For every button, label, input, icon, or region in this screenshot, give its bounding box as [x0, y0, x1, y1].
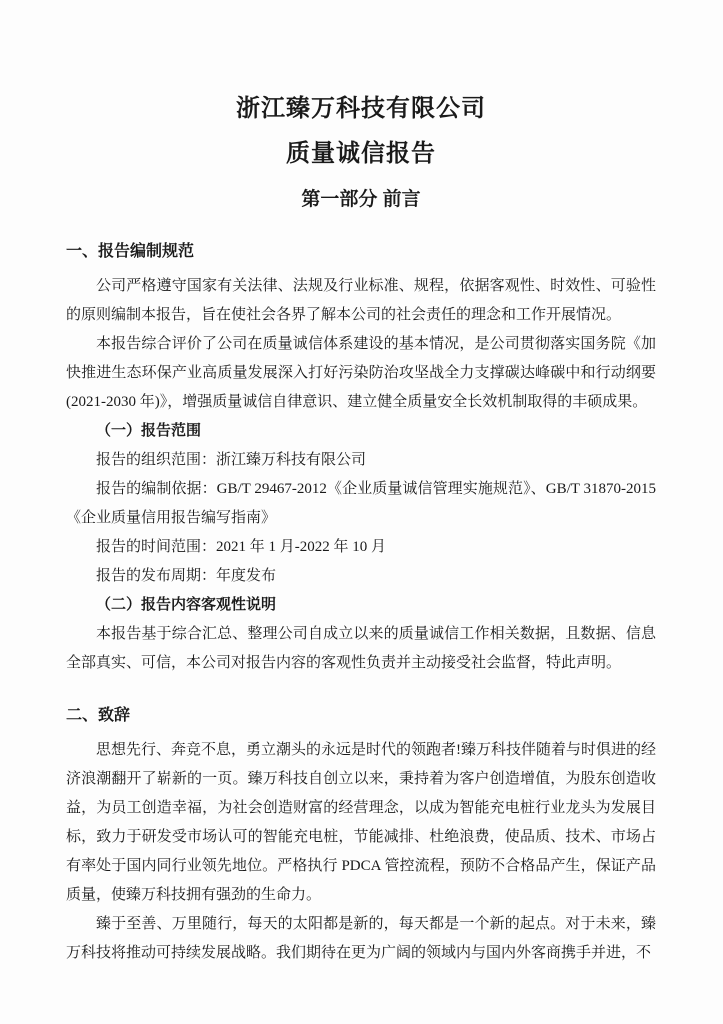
subsection-1-heading: （一）报告范围	[66, 417, 656, 446]
section-2-paragraph-1: 思想先行、奔竞不息，勇立潮头的永远是时代的领跑者!臻万科技伴随着与时俱进的经济浪…	[66, 736, 656, 910]
report-scope-cycle: 报告的发布周期：年度发布	[66, 562, 656, 591]
report-scope-basis: 报告的编制依据：GB/T 29467-2012《企业质量诚信管理实施规范》、GB…	[66, 475, 656, 533]
subsection-2-heading: （二）报告内容客观性说明	[66, 591, 656, 620]
doc-title-report: 质量诚信报告	[66, 131, 656, 176]
document-page: 浙江臻万科技有限公司 质量诚信报告 第一部分 前言 一、报告编制规范 公司严格遵…	[0, 0, 723, 1024]
section-2-paragraph-2: 臻于至善、万里随行，每天的太阳都是新的，每天都是一个新的起点。对于未来，臻万科技…	[66, 910, 656, 968]
report-scope-time: 报告的时间范围：2021 年 1 月-2022 年 10 月	[66, 533, 656, 562]
section-2-heading: 二、致辞	[66, 701, 656, 730]
part-heading: 第一部分 前言	[66, 186, 656, 214]
objectivity-paragraph: 本报告基于综合汇总、整理公司自成立以来的质量诚信工作相关数据，且数据、信息全部真…	[66, 620, 656, 678]
doc-title-company: 浙江臻万科技有限公司	[66, 86, 656, 131]
report-scope-organization: 报告的组织范围：浙江臻万科技有限公司	[66, 446, 656, 475]
section-1-paragraph-2: 本报告综合评价了公司在质量诚信体系建设的基本情况，是公司贯彻落实国务院《加快推进…	[66, 330, 656, 417]
section-1-heading: 一、报告编制规范	[66, 237, 656, 266]
section-1-paragraph-1: 公司严格遵守国家有关法律、法规及行业标准、规程，依据客观性、时效性、可验性的原则…	[66, 272, 656, 330]
